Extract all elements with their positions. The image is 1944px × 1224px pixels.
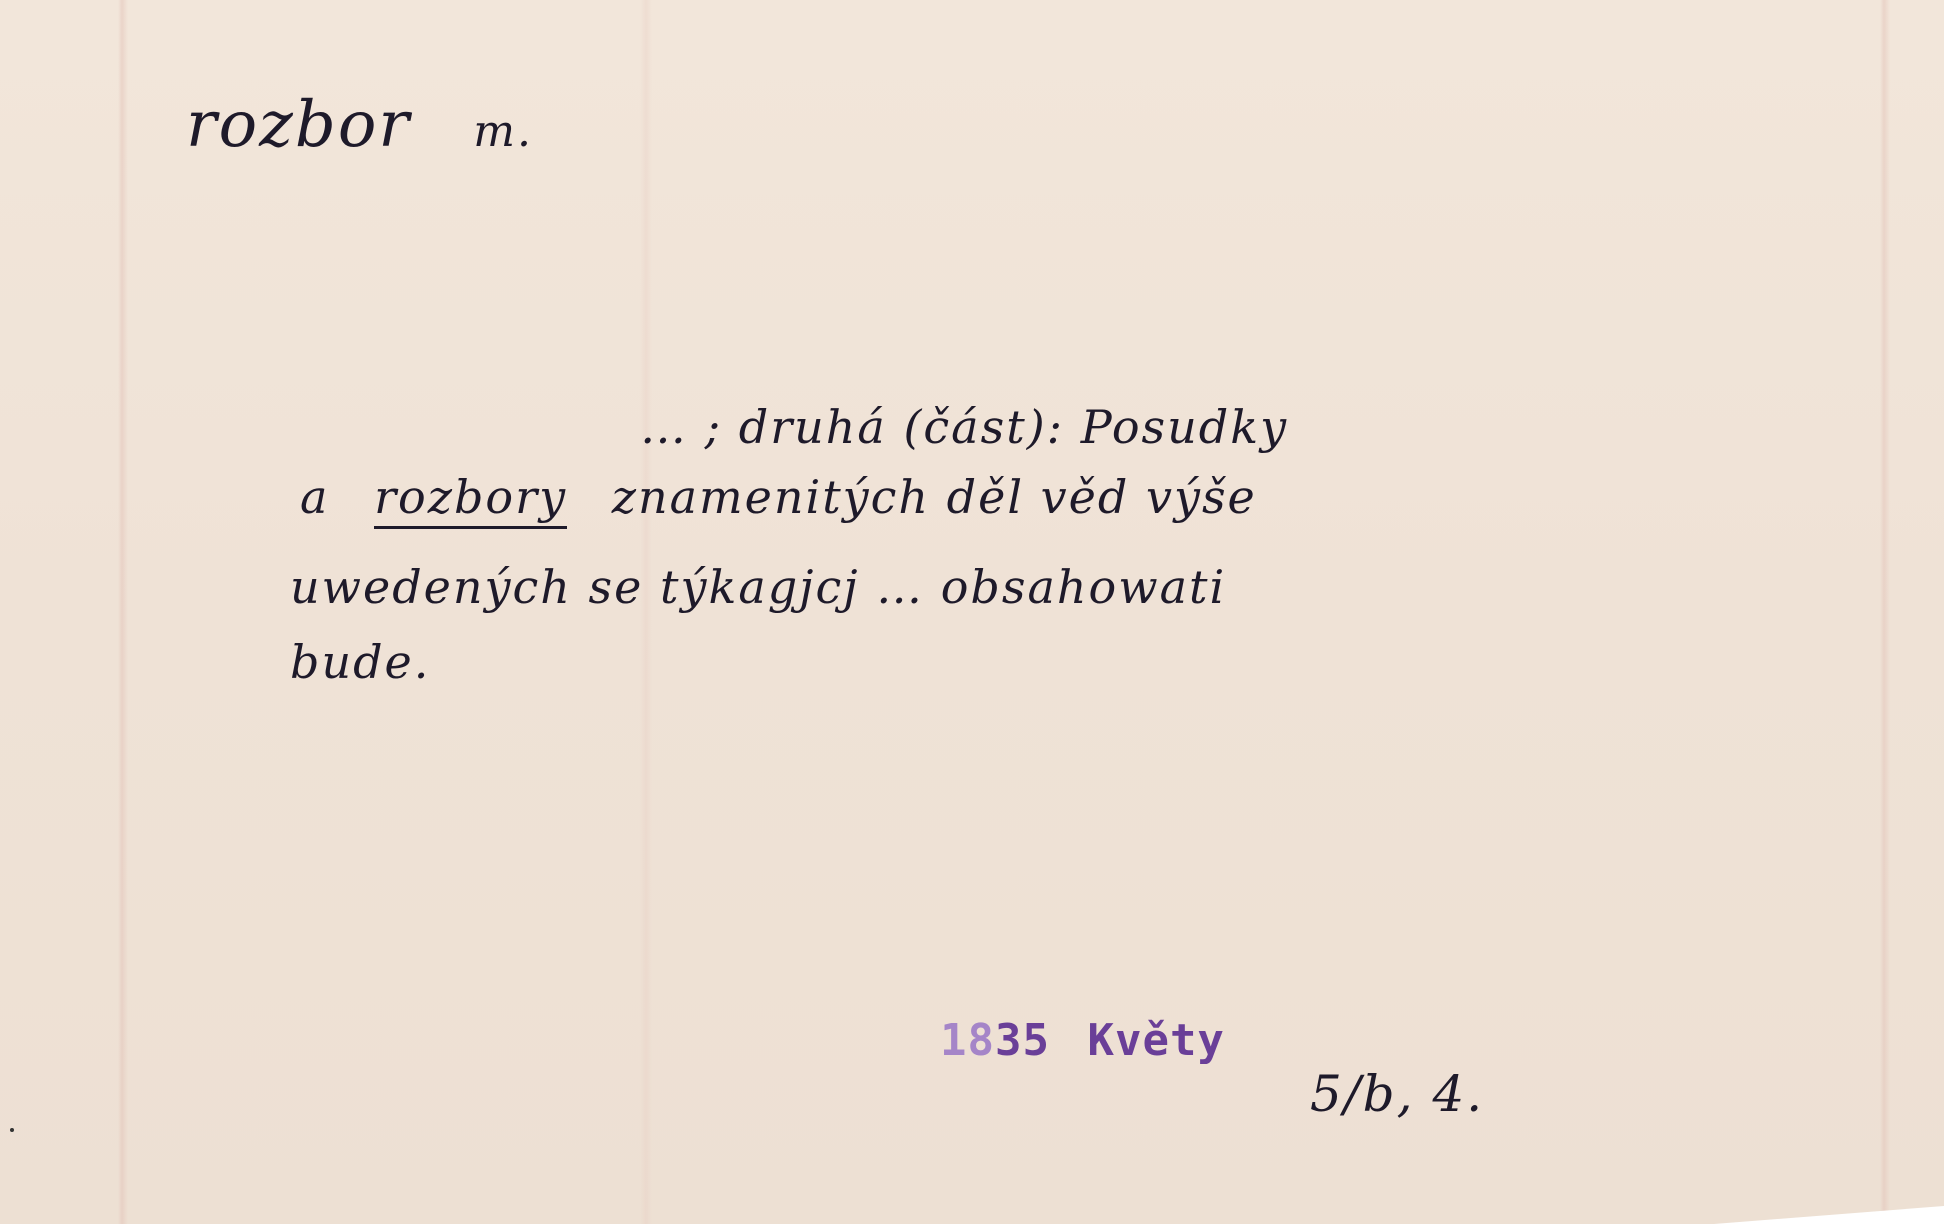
headword-entry: rozbor m. [186, 88, 533, 162]
stamp-year-faint: 18 [940, 1015, 995, 1066]
stamp-source: Květy [1087, 1015, 1224, 1066]
citation-word-a: a [300, 470, 329, 524]
citation-line-3: uwedených se týkagjcj … obsahowati [290, 560, 1226, 614]
citation-line-4: bude. [290, 635, 430, 689]
underlined-headword-occurrence: rozbory [374, 470, 567, 529]
citation-line-2-rest: znamenitých děl věd výše [612, 470, 1257, 524]
stamp-year-bold: 35 [995, 1015, 1050, 1066]
ink-speck [10, 1128, 14, 1132]
citation-line-2: a rozbory znamenitých děl věd výše [300, 470, 1257, 524]
page-reference: 5/b, 4. [1310, 1065, 1484, 1123]
citation-line-1: … ; druhá (část): Posudky [640, 400, 1288, 454]
grammar-label: m. [473, 106, 533, 157]
torn-corner [1714, 1206, 1944, 1224]
headword: rozbor [186, 88, 411, 162]
dictionary-slip: rozbor m. … ; druhá (část): Posudky a ro… [0, 0, 1944, 1224]
source-stamp: 1835 Květy [940, 1015, 1225, 1066]
